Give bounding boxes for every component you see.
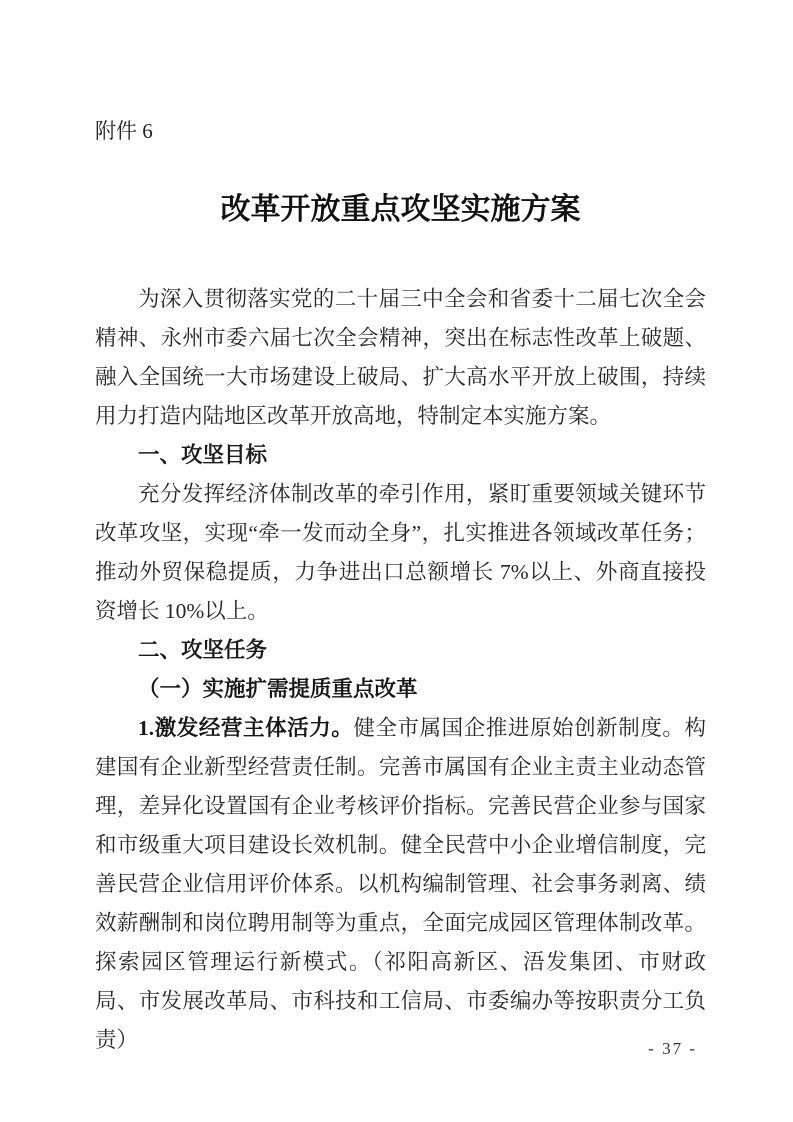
section-heading-tasks: 二、攻坚任务 — [95, 631, 706, 670]
task-item-lead: 1.激发经营主体活力。 — [138, 716, 353, 740]
document-title: 改革开放重点攻坚实施方案 — [95, 191, 706, 228]
section-heading-goals: 一、攻坚目标 — [95, 436, 706, 475]
task-item-body: 健全市属国企推进原始创新制度。构建国有企业新型经营责任制。完善市属国有企业主责主… — [95, 716, 706, 1052]
intro-paragraph: 为深入贯彻落实党的二十届三中全会和省委十二届七次全会精神、永州市委六届七次全会精… — [95, 280, 706, 436]
document-body: 为深入贯彻落实党的二十届三中全会和省委十二届七次全会精神、永州市委六届七次全会精… — [95, 280, 706, 1060]
annex-label: 附件 6 — [95, 0, 706, 145]
document-page: 附件 6 改革开放重点攻坚实施方案 为深入贯彻落实党的二十届三中全会和省委十二届… — [0, 0, 793, 1122]
subsection-heading-key-reforms: （一）实施扩需提质重点改革 — [95, 670, 706, 709]
goals-paragraph: 充分发挥经济体制改革的牵引作用，紧盯重要领域关键环节改革攻坚，实现“牵一发而动全… — [95, 475, 706, 631]
page-number: - 37 - — [648, 1038, 697, 1060]
task-item-paragraph: 1.激发经营主体活力。健全市属国企推进原始创新制度。构建国有企业新型经营责任制。… — [95, 709, 706, 1060]
